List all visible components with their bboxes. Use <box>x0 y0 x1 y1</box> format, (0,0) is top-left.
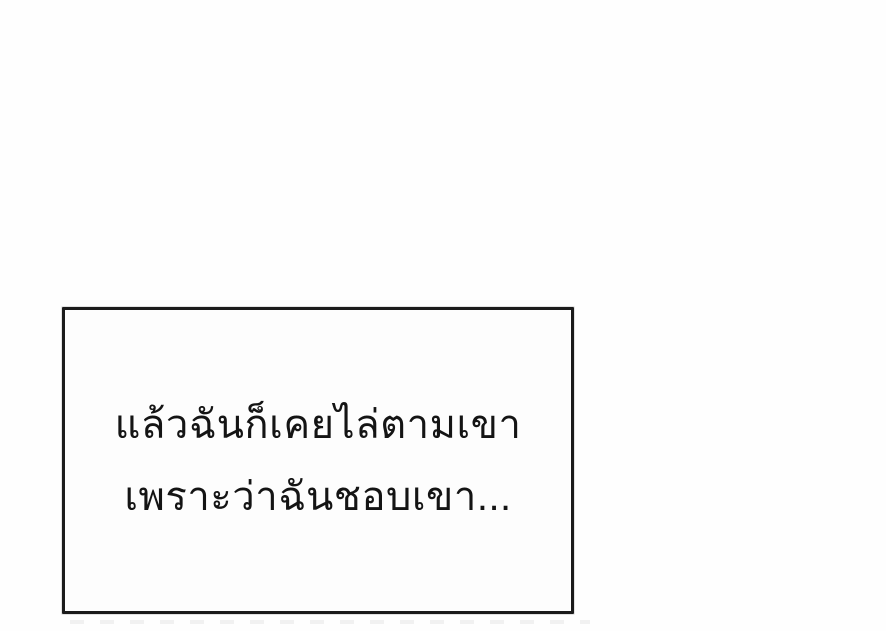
caption-box: แล้วฉันก็เคยไล่ตามเขา เพราะว่าฉันชอบเขา.… <box>62 307 574 614</box>
scan-noise-artifact <box>70 620 590 624</box>
comic-page: แล้วฉันก็เคยไล่ตามเขา เพราะว่าฉันชอบเขา.… <box>0 0 886 631</box>
caption-line-2: เพราะว่าฉันชอบเขา... <box>124 461 511 533</box>
caption-line-1: แล้วฉันก็เคยไล่ตามเขา <box>115 389 522 461</box>
